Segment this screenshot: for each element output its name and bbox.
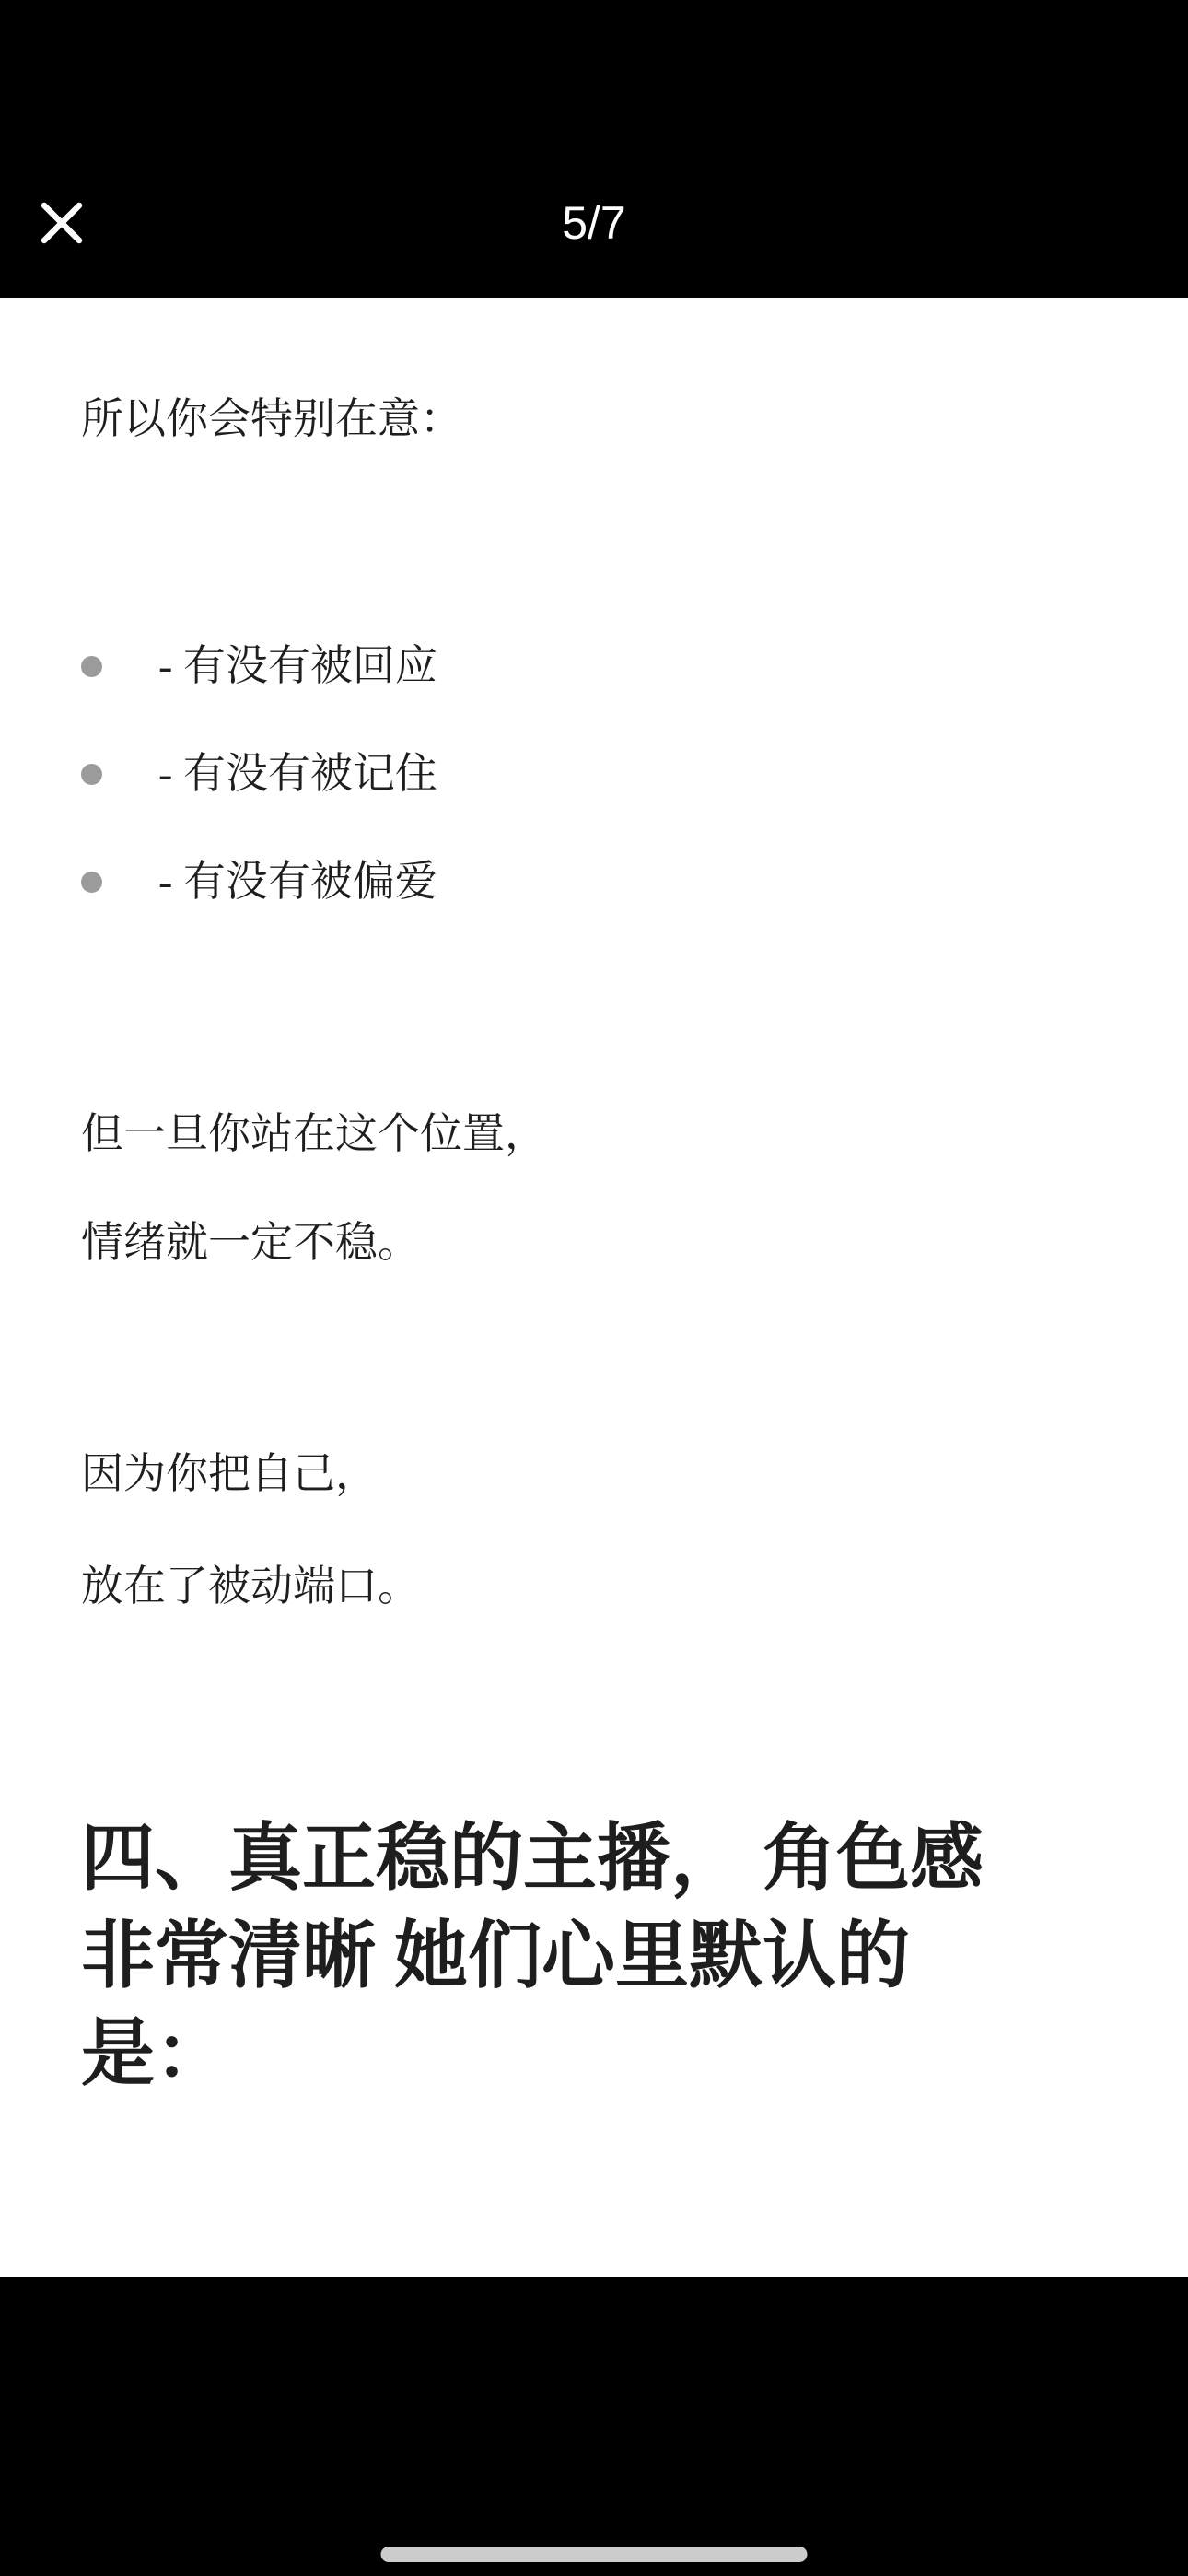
list-item-text: - 有没有被偏爱 — [158, 859, 437, 905]
list-item: - 有没有被记住 — [81, 751, 1116, 797]
bullet-list: - 有没有被回应 - 有没有被记住 - 有没有被偏爱 — [81, 643, 1116, 905]
paragraph: 但一旦你站在这个位置， — [81, 1111, 1116, 1157]
bullet-dot-icon — [81, 764, 102, 785]
list-item-text: - 有没有被回应 — [158, 643, 437, 689]
bottom-bar — [0, 2277, 1188, 2576]
list-item: - 有没有被回应 — [81, 643, 1116, 689]
bullet-dot-icon — [81, 656, 102, 677]
document-page[interactable]: 所以你会特别在意： - 有没有被回应 - 有没有被记住 - 有没有被偏爱 但一旦… — [0, 298, 1188, 2277]
heading-line: 是： — [81, 2006, 1116, 2103]
list-item: - 有没有被偏爱 — [81, 859, 1116, 905]
heading-line: 非常清晰 她们心里默认的 — [81, 1908, 1116, 2006]
paragraph: 因为你把自己， — [81, 1451, 1116, 1497]
home-indicator[interactable] — [381, 2547, 808, 2562]
viewer-header: 5/7 — [0, 0, 1188, 298]
heading-line: 四、真正稳的主播， 角色感 — [81, 1810, 1116, 1908]
section-heading: 四、真正稳的主播， 角色感 非常清晰 她们心里默认的 是： — [81, 1810, 1116, 2103]
screen: 5/7 所以你会特别在意： - 有没有被回应 - 有没有被记住 - 有没有被偏爱… — [0, 0, 1188, 2576]
page-indicator: 5/7 — [0, 200, 1188, 246]
lead-paragraph: 所以你会特别在意： — [81, 396, 1116, 442]
bullet-dot-icon — [81, 872, 102, 893]
paragraph: 放在了被动端口。 — [81, 1563, 1116, 1610]
paragraph: 情绪就一定不稳。 — [81, 1220, 1116, 1266]
list-item-text: - 有没有被记住 — [158, 751, 437, 797]
